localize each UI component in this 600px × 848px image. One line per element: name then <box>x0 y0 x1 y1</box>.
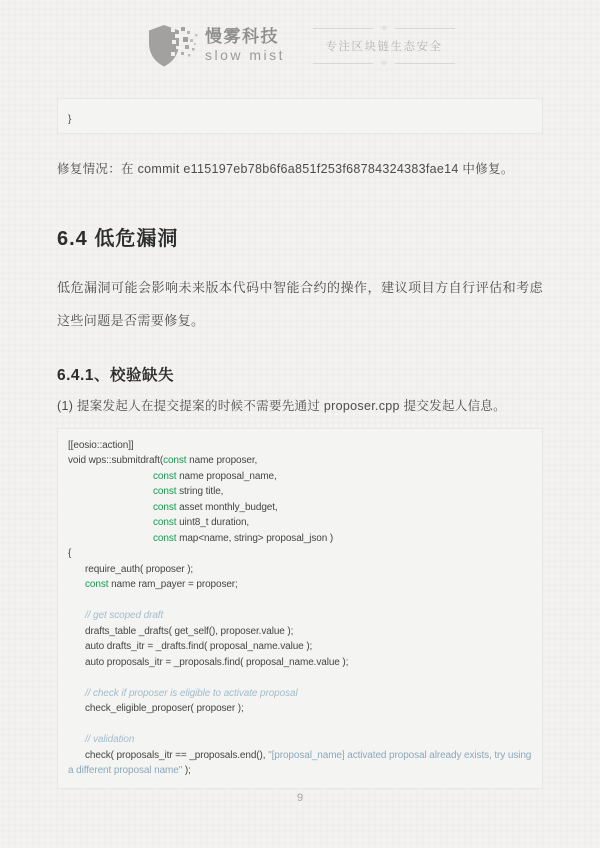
code-token-plain: map<name, string> proposal_json ) <box>176 533 333 544</box>
code-token-kw: const <box>153 517 176 528</box>
code-token-plain: name ram_payer = proposer; <box>108 579 237 590</box>
subsection-heading: 6.4.1、校验缺失 <box>57 363 543 385</box>
code-token-plain: require_auth( proposer ); <box>85 564 193 575</box>
logo-chinese-name: 慢雾科技 <box>205 28 285 47</box>
slowmist-shield-icon <box>145 22 203 70</box>
code-token-kw: const <box>85 579 108 590</box>
code-token-plain: check( proposals_itr == _proposals.end()… <box>85 750 268 761</box>
code-line: // check if proposer is eligible to acti… <box>68 686 532 702</box>
fix-status-note: 修复情况：在 commit e115197eb78b6f6a851f253f68… <box>57 159 543 177</box>
code-line: { <box>68 546 532 562</box>
code-token-plain: } <box>68 114 71 125</box>
code-line: auto drafts_itr = _drafts.find( proposal… <box>68 639 532 655</box>
report-page: 慢雾科技 slow mist ✧ 专注区块链生态安全 ✧ } 修复情况：在 co… <box>0 0 600 848</box>
code-line: drafts_table _drafts( get_self(), propos… <box>68 624 532 640</box>
code-line: } <box>68 112 532 128</box>
code-line: check_eligible_proposer( proposer ); <box>68 701 532 717</box>
code-line <box>68 670 532 686</box>
tagline-text: 专注区块链生态安全 <box>313 38 455 54</box>
page-number: 9 <box>297 792 303 804</box>
code-line: const uint8_t duration, <box>68 515 532 531</box>
code-line: // get scoped draft <box>68 608 532 624</box>
sparkle-icon: ✧ <box>380 24 388 33</box>
logo-text: 慢雾科技 slow mist <box>205 28 285 63</box>
code-token-kw: const <box>163 455 186 466</box>
code-token-plain: string title, <box>176 486 223 497</box>
code-token-kw: const <box>153 486 176 497</box>
code-token-kw: const <box>153 471 176 482</box>
code-line: const asset monthly_budget, <box>68 500 532 516</box>
code-line: auto proposals_itr = _proposals.find( pr… <box>68 655 532 671</box>
ornament-line <box>395 28 455 29</box>
section-intro: 低危漏洞可能会影响未来版本代码中智能合约的操作，建议项目方自行评估和考虑这些问题… <box>57 271 543 337</box>
code-token-plain: auto proposals_itr = _proposals.find( pr… <box>85 657 348 668</box>
code-line: // validation <box>68 732 532 748</box>
logo-english-name: slow mist <box>205 48 285 63</box>
code-token-plain: void wps::submitdraft( <box>68 455 163 466</box>
code-token-plain: asset monthly_budget, <box>176 502 277 513</box>
header-tagline: ✧ 专注区块链生态安全 ✧ <box>313 24 455 68</box>
code-token-plain: { <box>68 548 71 559</box>
ornament-line <box>313 63 373 64</box>
code-line: const map<name, string> proposal_json ) <box>68 531 532 547</box>
slowmist-logo: 慢雾科技 slow mist <box>145 22 285 70</box>
code-line: [[eosio::action]] <box>68 438 532 454</box>
ornament-line <box>313 28 373 29</box>
code-token-plain: check_eligible_proposer( proposer ); <box>85 703 244 714</box>
tagline-ornament-bottom: ✧ <box>313 59 455 68</box>
code-token-kw: const <box>153 502 176 513</box>
code-lines: } <box>68 112 532 128</box>
finding-text: (1) 提案发起人在提交提案的时候不需要先通过 proposer.cpp 提交发… <box>57 396 543 414</box>
section-heading: 6.4 低危漏洞 <box>57 222 543 251</box>
code-line: const name ram_payer = proposer; <box>68 577 532 593</box>
code-block-prev: } <box>57 98 543 134</box>
code-line: require_auth( proposer ); <box>68 562 532 578</box>
code-line: void wps::submitdraft(const name propose… <box>68 453 532 469</box>
code-token-comment: // get scoped draft <box>85 610 163 621</box>
code-line: const string title, <box>68 484 532 500</box>
code-token-plain: drafts_table _drafts( get_self(), propos… <box>85 626 293 637</box>
code-lines: [[eosio::action]]void wps::submitdraft(c… <box>68 438 532 779</box>
code-line <box>68 593 532 609</box>
code-block-main: [[eosio::action]]void wps::submitdraft(c… <box>57 428 543 789</box>
code-token-plain: auto drafts_itr = _drafts.find( proposal… <box>85 641 312 652</box>
tagline-ornament-top: ✧ <box>313 24 455 33</box>
code-token-plain: uint8_t duration, <box>176 517 249 528</box>
page-header: 慢雾科技 slow mist ✧ 专注区块链生态安全 ✧ <box>0 0 600 70</box>
code-token-plain: ); <box>182 765 191 776</box>
code-token-plain: name proposal_name, <box>176 471 276 482</box>
code-line: const name proposal_name, <box>68 469 532 485</box>
sparkle-icon: ✧ <box>380 59 388 68</box>
ornament-line <box>395 63 455 64</box>
code-line: check( proposals_itr == _proposals.end()… <box>68 748 532 779</box>
code-token-plain: [[eosio::action]] <box>68 440 134 451</box>
code-token-kw: const <box>153 533 176 544</box>
page-footer: 9 <box>0 788 600 806</box>
code-token-comment: // validation <box>85 734 134 745</box>
code-token-plain: name proposer, <box>186 455 257 466</box>
code-line <box>68 717 532 733</box>
code-token-comment: // check if proposer is eligible to acti… <box>85 688 298 699</box>
page-content: } 修复情况：在 commit e115197eb78b6f6a851f253f… <box>0 98 600 789</box>
